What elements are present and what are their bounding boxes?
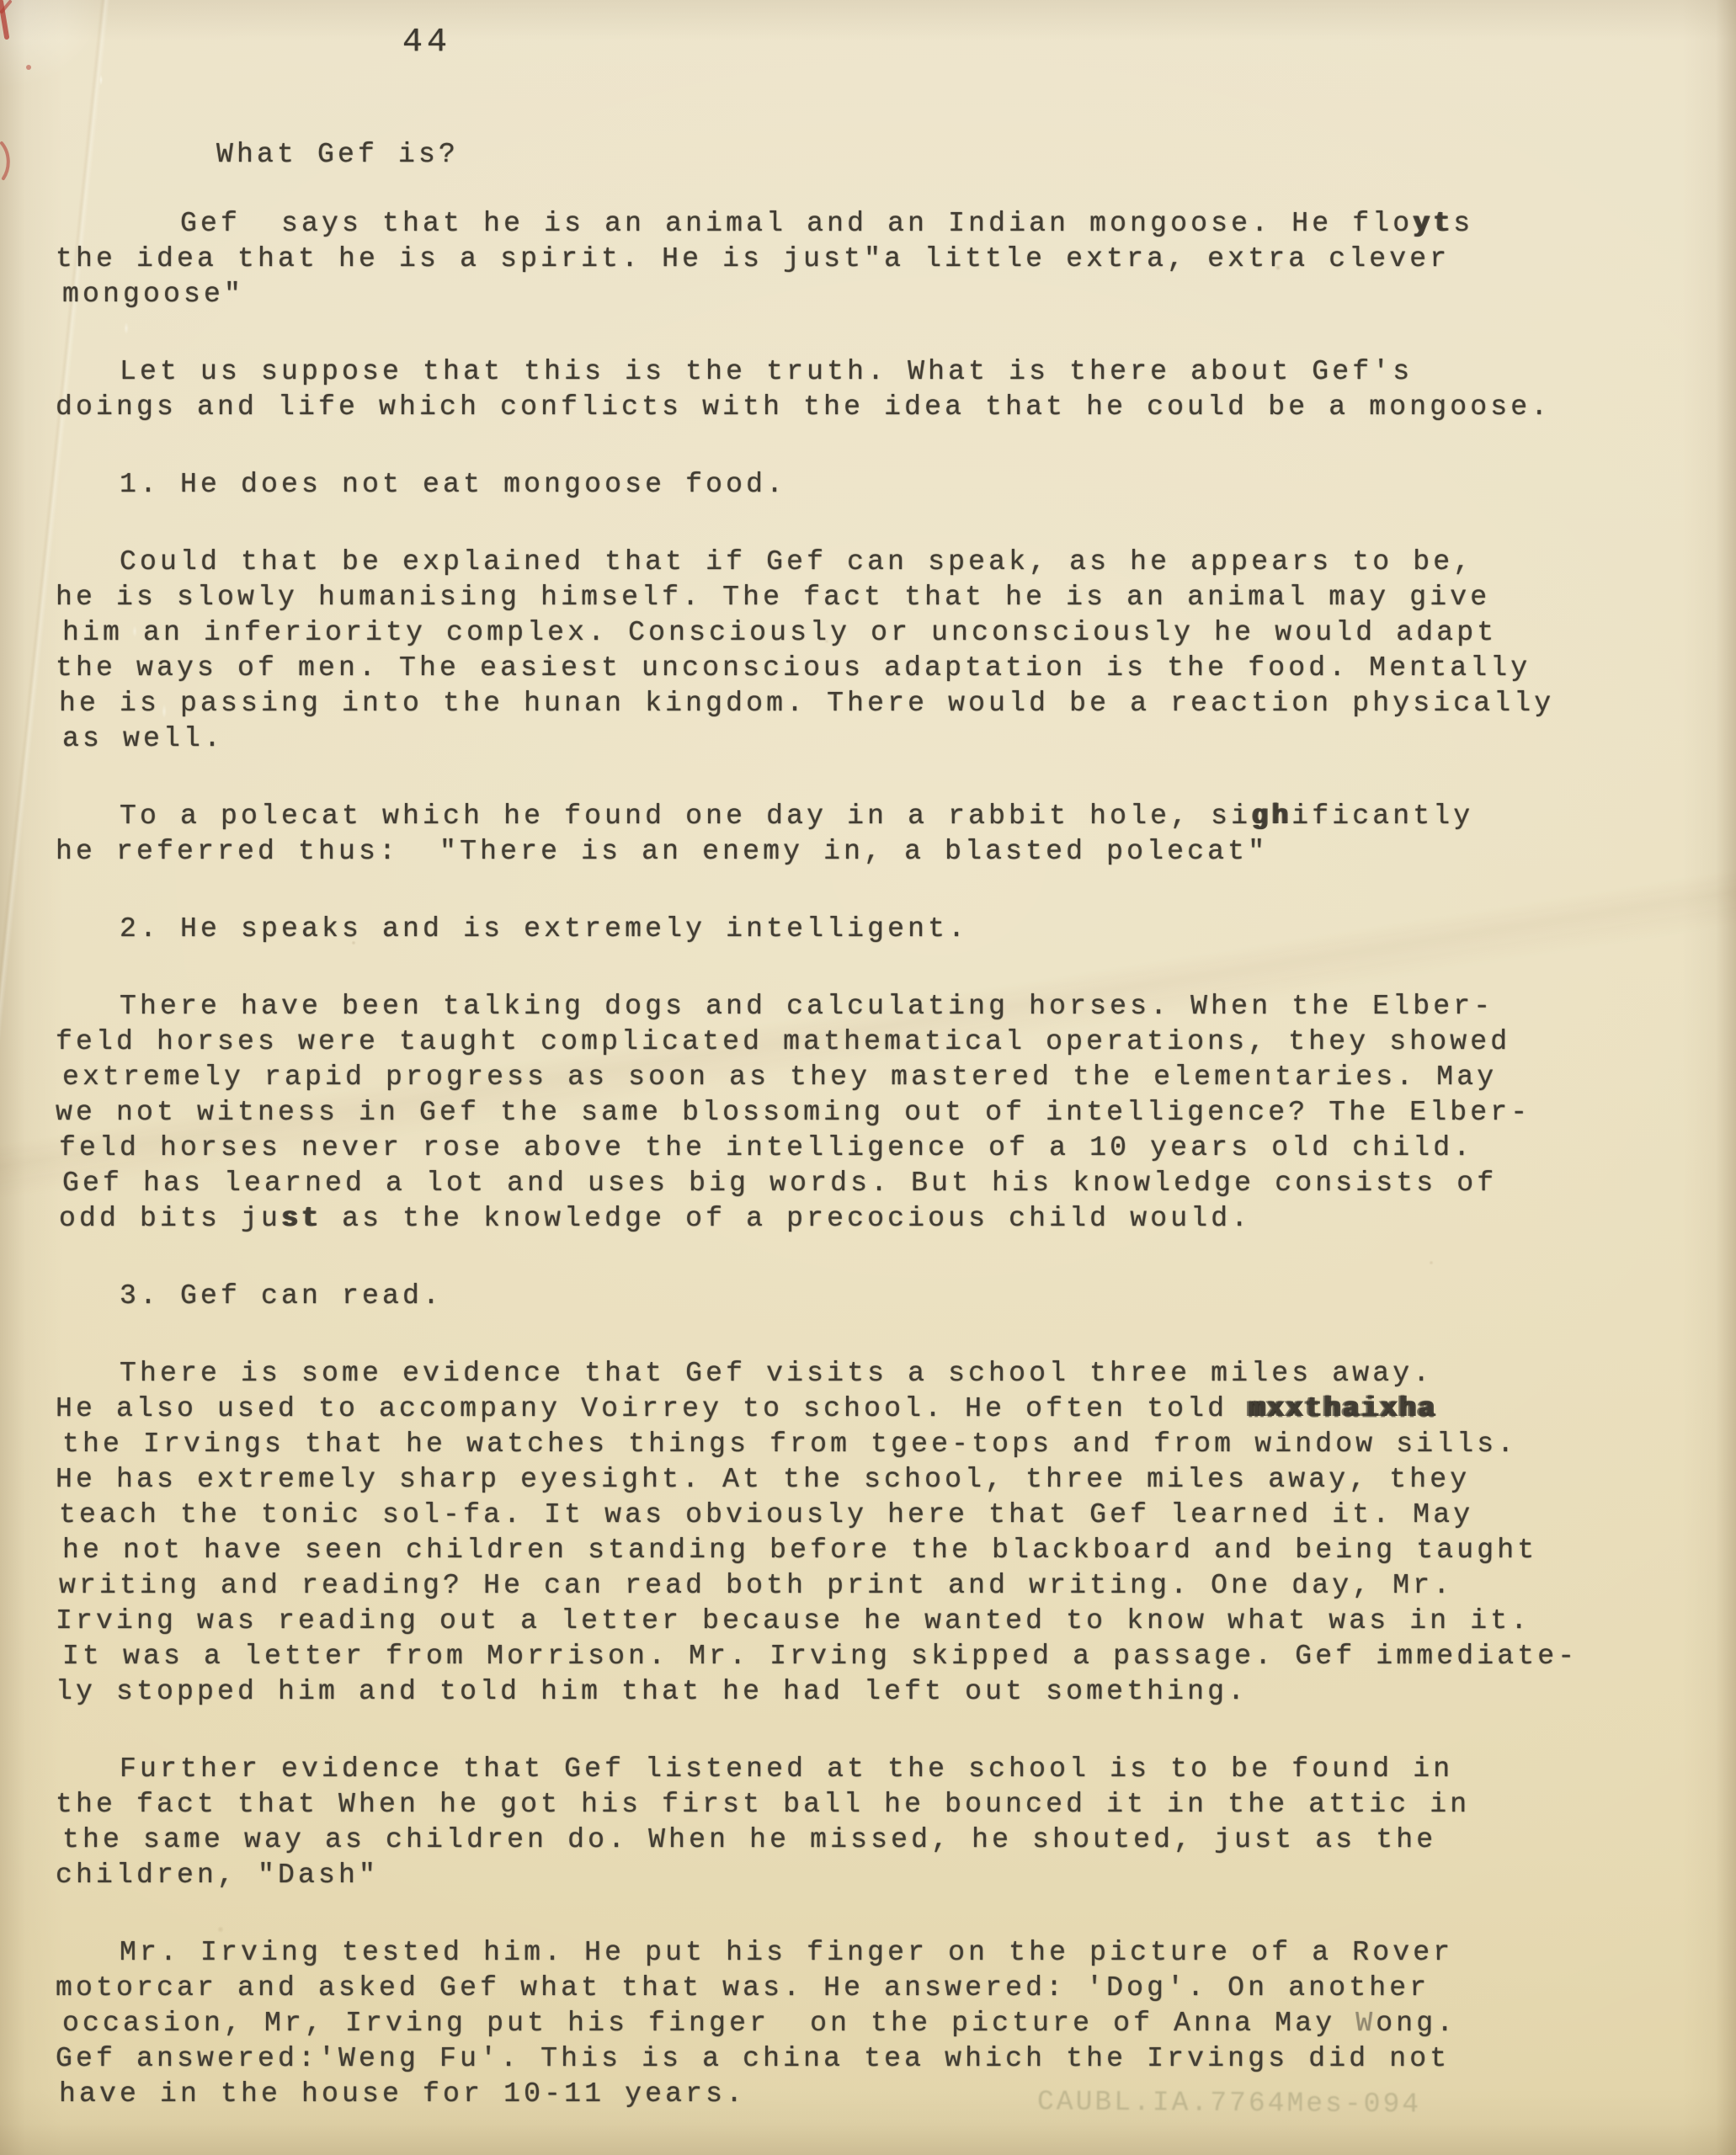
overstruck-text: gh [1251, 801, 1291, 832]
text-line: occasion, Mr, Irving put his finger on t… [62, 2006, 1704, 2041]
paragraph-point-3: 3. Gef can read. [59, 1279, 1701, 1314]
paragraph-elberfeld: There have been talking dogs and calcula… [59, 989, 1701, 1237]
paragraph-polecat: To a polecat which he found one day in a… [59, 799, 1701, 870]
paragraph-list: Gef says that he is an animal and an Ind… [59, 206, 1701, 2112]
text-line: Gef answered:'Weng Fu'. This is a china … [56, 2041, 1697, 2077]
text-line: He has extremely sharp eyesight. At the … [56, 1462, 1697, 1498]
overstruck-text: st [281, 1203, 322, 1234]
text-line: feld horses were taught complicated math… [56, 1024, 1697, 1060]
text-line: Mr. Irving tested him. He put his finger… [59, 1935, 1701, 1971]
text-line: Let us suppose that this is the truth. W… [59, 354, 1701, 390]
text-line: we not witness in Gef the same blossomin… [56, 1095, 1697, 1131]
text-line: Further evidence that Gef listened at th… [59, 1752, 1701, 1787]
text-line: Irving was reading out a letter because … [56, 1604, 1697, 1639]
overstruck-text: yt [1413, 208, 1453, 239]
red-pen-mark-icon [0, 0, 59, 202]
text-line: 1. He does not eat mongoose food. [59, 467, 1701, 503]
text-line: There is some evidence that Gef visits a… [59, 1356, 1701, 1391]
text-line: he is passing into the hunan kingdom. Th… [59, 686, 1701, 721]
text-line: he is slowly humanising himself. The fac… [56, 580, 1697, 615]
text-line: Gef says that he is an animal and an Ind… [59, 206, 1701, 242]
text-line: ly stopped him and told him that he had … [56, 1674, 1697, 1710]
text-line: 3. Gef can read. [59, 1279, 1701, 1314]
text-line: writing and reading? He can read both pr… [59, 1568, 1701, 1604]
page-number: 44 [402, 24, 451, 61]
paragraph-school: There is some evidence that Gef visits a… [59, 1356, 1701, 1710]
text-line: the Irvings that he watches things from … [62, 1427, 1704, 1462]
text-line: children, "Dash" [56, 1858, 1697, 1893]
text-line: It was a letter from Morrison. Mr. Irvin… [62, 1639, 1704, 1674]
text-line: he referred thus: "There is an enemy in,… [56, 834, 1697, 870]
paragraph-suppose: Let us suppose that this is the truth. W… [59, 354, 1701, 425]
text-line: feld horses never rose above the intelli… [59, 1131, 1701, 1166]
text-line: teach the tonic sol-fa. It was obviously… [59, 1498, 1701, 1533]
text-line: Gef has learned a lot and uses big words… [62, 1166, 1704, 1201]
text-line: the idea that he is a spirit. He is just… [56, 242, 1697, 277]
text-line: have in the house for 10-11 years. [59, 2077, 1701, 2112]
paragraph-ball: Further evidence that Gef listened at th… [59, 1752, 1701, 1893]
text-line: motorcar and asked Gef what that was. He… [56, 1971, 1697, 2006]
text-line: To a polecat which he found one day in a… [59, 799, 1701, 834]
text-line: the ways of men. The easiest unconscious… [56, 651, 1697, 686]
paragraph-pictures: Mr. Irving tested him. He put his finger… [59, 1935, 1701, 2112]
paragraph-explain-food: Could that be explained that if Gef can … [59, 545, 1701, 757]
text-line: 2. He speaks and is extremely intelligen… [59, 912, 1701, 947]
paragraph-point-1: 1. He does not eat mongoose food. [59, 467, 1701, 503]
text-line: mongoose" [62, 277, 1704, 312]
paragraph-point-2: 2. He speaks and is extremely intelligen… [59, 912, 1701, 947]
text-line: him an inferiority complex. Consciously … [62, 615, 1704, 651]
text-line: the same way as children do. When he mis… [62, 1822, 1704, 1858]
overstruck-text: W [1355, 2008, 1376, 2039]
text-line: the fact that When he got his first ball… [56, 1787, 1697, 1822]
text-line: odd bits just as the knowledge of a prec… [59, 1201, 1701, 1237]
text-line: as well. [62, 721, 1704, 757]
text-line: Could that be explained that if Gef can … [59, 545, 1701, 580]
text-line: There have been talking dogs and calcula… [59, 989, 1701, 1024]
scanned-typewritten-page: 44 What Gef is? Gef says that he is an a… [0, 0, 1736, 2155]
document-body: What Gef is? Gef says that he is an anim… [59, 137, 1701, 2154]
crossed-out-word: mxxthaixha [1248, 1393, 1436, 1424]
document-title: What Gef is? [216, 137, 1701, 173]
text-line: He also used to accompany Voirrey to sch… [56, 1391, 1697, 1427]
text-line: doings and life which conflicts with the… [56, 390, 1697, 425]
bleed-through-stamp: CAUBL.IA.7764Mes-094 [1037, 2086, 1421, 2120]
text-line: extremely rapid progress as soon as they… [62, 1060, 1704, 1095]
paragraph-intro: Gef says that he is an animal and an Ind… [59, 206, 1701, 312]
text-line: he not have seen children standing befor… [62, 1533, 1704, 1568]
